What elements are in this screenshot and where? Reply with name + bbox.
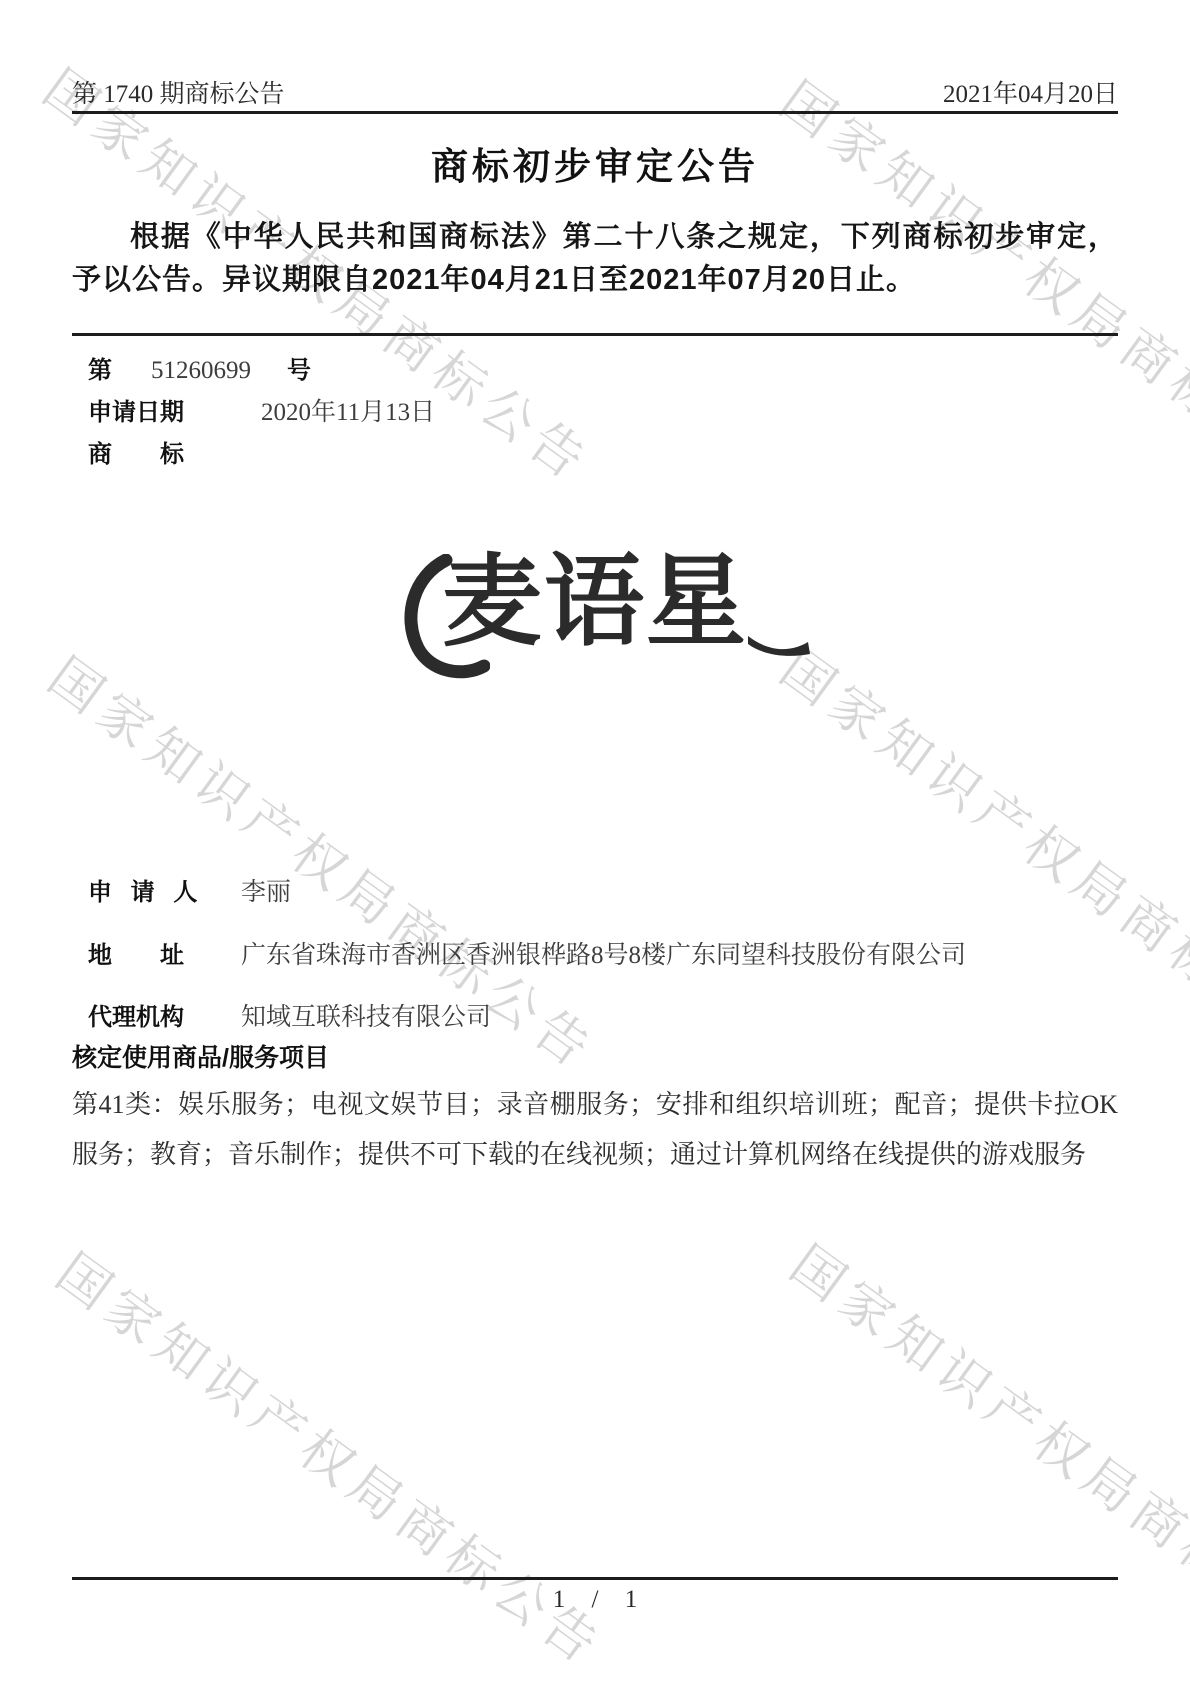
logo-right-tail-swoosh (744, 626, 814, 660)
registration-number: 51260699 (151, 357, 251, 384)
applicant-label: 申 请 人 (88, 872, 235, 907)
registration-suffix-label: 号 (287, 350, 311, 385)
registration-prefix-label: 第 (88, 350, 112, 385)
services-list: 第41类：娱乐服务；电视文娱节目；录音棚服务；安排和组织培训班；配音；提供卡拉O… (72, 1080, 1118, 1180)
agency-value: 知域互联科技有限公司 (241, 1004, 491, 1031)
gazette-page: 国家知识产权局商标公告 国家知识产权局商标公告 国家知识产权局商标公告 国家知识… (0, 0, 1190, 1684)
document-content: 第 1740 期商标公告 2021年04月20日 商标初步审定公告 根据《中华人… (0, 0, 1190, 1684)
gazette-date: 2021年04月20日 (943, 74, 1118, 110)
applicant-row: 申 请 人 李丽 (88, 872, 1118, 908)
document-title: 商标初步审定公告 (72, 136, 1118, 190)
gazette-issue-label: 第 1740 期商标公告 (72, 74, 285, 110)
fields-top-rule (72, 333, 1118, 336)
applicant-name: 李丽 (241, 879, 291, 906)
intro-paragraph: 根据《中华人民共和国商标法》第二十八条之规定，下列商标初步审定，予以公告。异议期… (72, 216, 1118, 302)
header-rule (72, 111, 1118, 114)
footer-rule (72, 1577, 1118, 1580)
address-label: 地 址 (88, 935, 235, 970)
page-separator: / (592, 1586, 599, 1613)
trademark-label: 商 标 (88, 434, 184, 469)
page-header: 第 1740 期商标公告 2021年04月20日 (72, 74, 1118, 110)
agency-label: 代理机构 (88, 997, 235, 1032)
trademark-logo: 麦语星 (408, 542, 782, 662)
current-page: 1 (553, 1586, 566, 1613)
trademark-logo-text: 麦语星 (442, 546, 748, 658)
services-heading: 核定使用商品/服务项目 (72, 1038, 329, 1074)
application-date-label: 申请日期 (88, 392, 235, 427)
trademark-label-row: 商 标 (88, 434, 1118, 469)
trademark-image-area: 麦语星 (0, 542, 1190, 692)
agency-row: 代理机构 知域互联科技有限公司 (88, 997, 1118, 1033)
application-date-row: 申请日期 2020年11月13日 (88, 392, 1118, 428)
page-number: 1 / 1 (0, 1586, 1190, 1614)
address-value: 广东省珠海市香洲区香洲银桦路8号8楼广东同望科技股份有限公司 (241, 942, 966, 969)
total-pages: 1 (625, 1586, 638, 1613)
address-row: 地 址 广东省珠海市香洲区香洲银桦路8号8楼广东同望科技股份有限公司 (88, 935, 1118, 971)
application-date-value: 2020年11月13日 (261, 399, 435, 426)
registration-number-row: 第 51260699 号 (88, 350, 1118, 385)
